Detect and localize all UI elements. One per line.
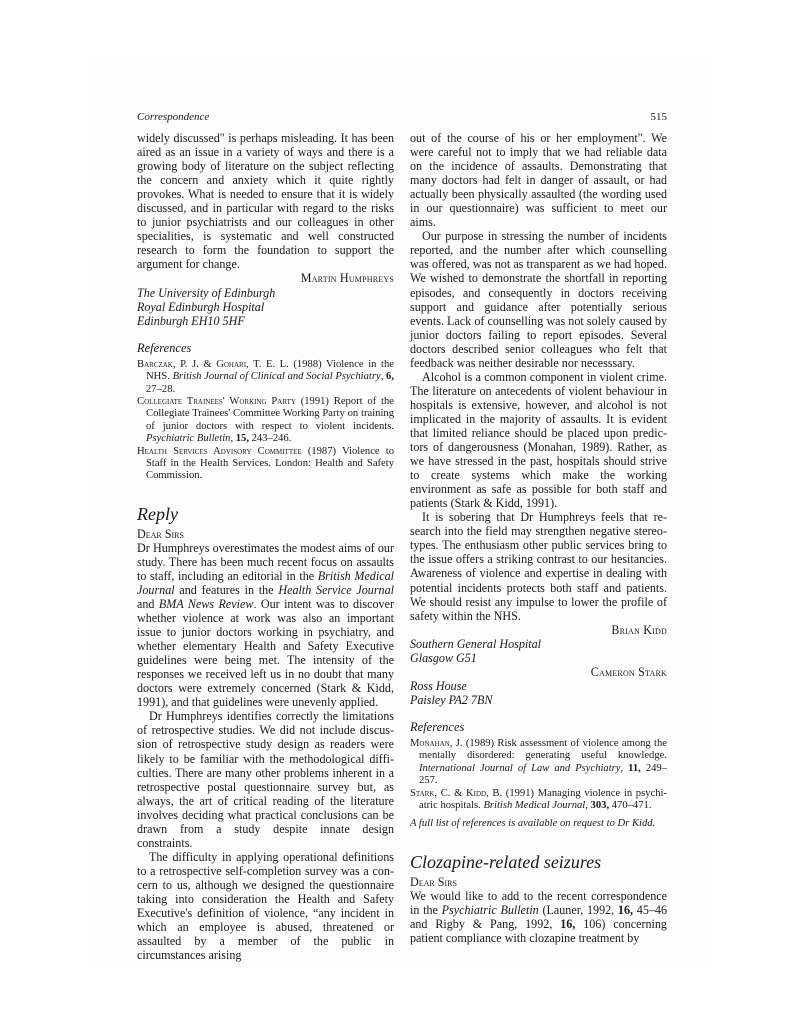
reference-volume: 15, xyxy=(236,433,249,444)
address-line: Edinburgh EH10 5HF xyxy=(137,314,394,328)
right-column: out of the course of his or her employme… xyxy=(410,131,667,945)
page-number: 515 xyxy=(651,111,668,123)
left-column: widely discussed" is perhaps misleading.… xyxy=(137,131,394,962)
author-address: Southern General Hospital Glasgow G51 xyxy=(410,637,667,665)
address-line: The University of Edinburgh xyxy=(137,286,394,300)
reply-paragraph: Our purpose in stressing the number of i… xyxy=(410,229,667,369)
reference-journal: British Journal of Clinical and Social P… xyxy=(173,371,381,382)
address-line: Paisley PA2 7BN xyxy=(410,693,667,707)
reference-authors: Collegiate Trainees' Working Party xyxy=(137,396,296,407)
reply-paragraph: It is sobering that Dr Humphreys feels t… xyxy=(410,510,667,622)
reference-authors: Barczak, P. J. & Gohari, T. E. L. xyxy=(137,359,289,370)
salutation: Dear Sirs xyxy=(410,875,667,889)
reference-volume: 303, xyxy=(591,800,610,811)
address-line: Glasgow G51 xyxy=(410,651,667,665)
reference-item: Health Services Advisory Committee (1987… xyxy=(137,446,394,483)
running-head-section: Correspondence xyxy=(137,111,209,123)
reference-journal: Psychiatric Bulletin xyxy=(146,433,230,444)
author-address: The University of Edinburgh Royal Edinbu… xyxy=(137,286,394,328)
reply-paragraph: The difficulty in applying operational d… xyxy=(137,850,394,962)
reference-authors: Stark, C. & Kidd, B. xyxy=(410,788,502,799)
references-availability-note: A full list of references is available o… xyxy=(410,818,667,830)
running-head: Correspondence 515 xyxy=(137,111,667,125)
letter-continuation-paragraph: widely discussed" is perhaps misleading.… xyxy=(137,131,394,271)
reference-pages: 470–471. xyxy=(609,800,651,811)
reference-journal: British Medical Journal xyxy=(483,800,585,811)
reply-paragraph: Dr Humphreys overestimates the modest ai… xyxy=(137,541,394,710)
reply-paragraph: Alcohol is a common component in violent… xyxy=(410,370,667,510)
address-line: Royal Edinburgh Hospital xyxy=(137,300,394,314)
reference-volume: 6, xyxy=(386,371,394,382)
clozapine-paragraph: We would like to add to the recent corre… xyxy=(410,889,667,945)
references-heading: References xyxy=(137,341,394,355)
signature-cameron-stark: Cameron Stark xyxy=(410,665,667,679)
author-address: Ross House Paisley PA2 7BN xyxy=(410,679,667,707)
reply-paragraph: Dr Humphreys identifies correctly the li… xyxy=(137,709,394,849)
reference-pages: 243–246. xyxy=(249,433,291,444)
reference-pages: 27–28. xyxy=(146,384,175,395)
references-heading: References xyxy=(410,720,667,734)
salutation: Dear Sirs xyxy=(137,527,394,541)
reference-volume: 11, xyxy=(628,763,641,774)
reference-item: Barczak, P. J. & Gohari, T. E. L. (1988)… xyxy=(137,359,394,396)
reference-item: Monahan, J. (1989) Risk assessment of vi… xyxy=(410,738,667,788)
reference-authors: Monahan, J. xyxy=(410,738,463,749)
reference-journal: International Journal of Law and Psychia… xyxy=(419,763,621,774)
reference-authors: Health Services Advisory Committee xyxy=(137,446,302,457)
reply-heading: Reply xyxy=(137,504,394,524)
reference-item: Stark, C. & Kidd, B. (1991) Managing vio… xyxy=(410,788,667,813)
signature-brian-kidd: Brian Kidd xyxy=(410,623,667,637)
address-line: Southern General Hospital xyxy=(410,637,667,651)
reply-paragraph: out of the course of his or her employme… xyxy=(410,131,667,229)
address-line: Ross House xyxy=(410,679,667,693)
reference-item: Collegiate Trainees' Working Party (1991… xyxy=(137,396,394,446)
clozapine-heading: Clozapine-related seizures xyxy=(410,852,667,872)
signature-martin-humphreys: Martin Humphreys xyxy=(137,271,394,285)
